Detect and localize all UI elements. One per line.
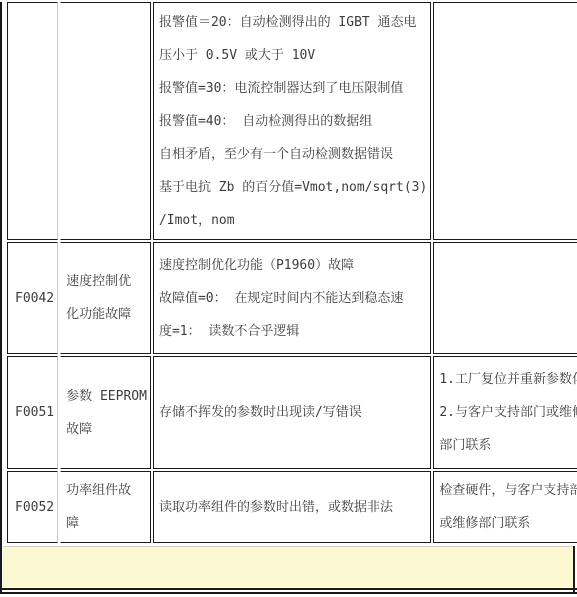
- description-line: 报警值=40： 自动检测得出的数据组: [159, 105, 427, 138]
- description-line: 自相矛盾，至少有一个自动检测数据错误: [159, 138, 427, 171]
- remedy-line: 检查硬件，与客户支持部门: [439, 474, 577, 507]
- fault-code-cell: F0051: [7, 356, 58, 469]
- page-bottom-border-outer: [0, 588, 577, 590]
- fault-code-cell: F0042: [7, 242, 58, 354]
- table-row-f0051: F0051 参数 EEPROM 故障 存储不挥发的参数时出现读/写错误 1.工厂…: [7, 356, 577, 469]
- fault-name-cell: 速度控制优 化功能故障: [60, 242, 151, 354]
- description-line: 度=1： 读数不合乎逻辑: [159, 315, 427, 348]
- fault-description-cell: 报警值＝20：自动检测得出的 IGBT 通态电 压小于 0.5V 或大于 10V…: [153, 2, 431, 240]
- fault-description-cell: 存储不挥发的参数时出现读/写错误: [153, 356, 431, 469]
- fault-remedy-cell: 检查硬件，与客户支持部门 或维修部门联系: [433, 471, 577, 543]
- description-line: 压小于 0.5V 或大于 10V: [159, 39, 427, 72]
- description-line: 速度控制优化功能（P1960）故障: [159, 249, 427, 282]
- fault-remedy-cell: 1.工厂复位并重新参数化 2.与客户支持部门或维修 部门联系: [433, 356, 577, 469]
- fault-name-line: 功率组件故: [66, 474, 147, 507]
- description-line: /Imot，nom: [159, 204, 427, 237]
- fault-remedy-cell: [433, 242, 577, 354]
- fault-name-line: 故障: [66, 413, 147, 446]
- description-line: 报警值=30：电流控制器达到了电压限制值: [159, 72, 427, 105]
- fault-code: F0042: [15, 282, 54, 315]
- page-bottom-border-inner: [0, 592, 577, 594]
- fault-remedy-cell: [433, 2, 577, 240]
- page-left-border: [0, 2, 2, 593]
- fault-name-line: 障: [66, 507, 147, 540]
- description-line: 报警值＝20：自动检测得出的 IGBT 通态电: [159, 6, 427, 39]
- remedy-line: 或维修部门联系: [439, 507, 577, 540]
- description-line: 基于电抗 Zb 的百分值=Vmot,nom/sqrt(3): [159, 171, 427, 204]
- fault-name-line: 化功能故障: [66, 298, 147, 331]
- fault-description-cell: 速度控制优化功能（P1960）故障 故障值=0： 在规定时间内不能达到稳态速 度…: [153, 242, 431, 354]
- remedy-line: 2.与客户支持部门或维修: [439, 396, 577, 429]
- highlight-bar: [3, 546, 574, 587]
- fault-name-line: 参数 EEPROM: [66, 380, 147, 413]
- fault-code: F0051: [15, 396, 54, 429]
- fault-description-cell: 读取功率组件的参数时出错，或数据非法: [153, 471, 431, 543]
- fault-name-cell: [60, 2, 151, 240]
- description-line: 存储不挥发的参数时出现读/写错误: [159, 396, 427, 429]
- description-line: 读取功率组件的参数时出错，或数据非法: [159, 491, 427, 524]
- description-line: 故障值=0： 在规定时间内不能达到稳态速: [159, 282, 427, 315]
- fault-name-cell: 参数 EEPROM 故障: [60, 356, 151, 469]
- fault-code-table: 报警值＝20：自动检测得出的 IGBT 通态电 压小于 0.5V 或大于 10V…: [5, 0, 577, 545]
- fault-code-cell: F0052: [7, 471, 58, 543]
- remedy-line: 1.工厂复位并重新参数化: [439, 363, 577, 396]
- table-row-f0042: F0042 速度控制优 化功能故障 速度控制优化功能（P1960）故障 故障值=…: [7, 242, 577, 354]
- fault-name-line: 速度控制优: [66, 265, 147, 298]
- table-row-f0052: F0052 功率组件故 障 读取功率组件的参数时出错，或数据非法 检查硬件，与客…: [7, 471, 577, 543]
- fault-code: F0052: [15, 491, 54, 524]
- page-right-border: [573, 546, 575, 592]
- table-row-alarm-values: 报警值＝20：自动检测得出的 IGBT 通态电 压小于 0.5V 或大于 10V…: [7, 2, 577, 240]
- fault-code-cell: [7, 2, 58, 240]
- remedy-line: 部门联系: [439, 429, 577, 462]
- fault-name-cell: 功率组件故 障: [60, 471, 151, 543]
- document-page: 报警值＝20：自动检测得出的 IGBT 通态电 压小于 0.5V 或大于 10V…: [0, 0, 577, 597]
